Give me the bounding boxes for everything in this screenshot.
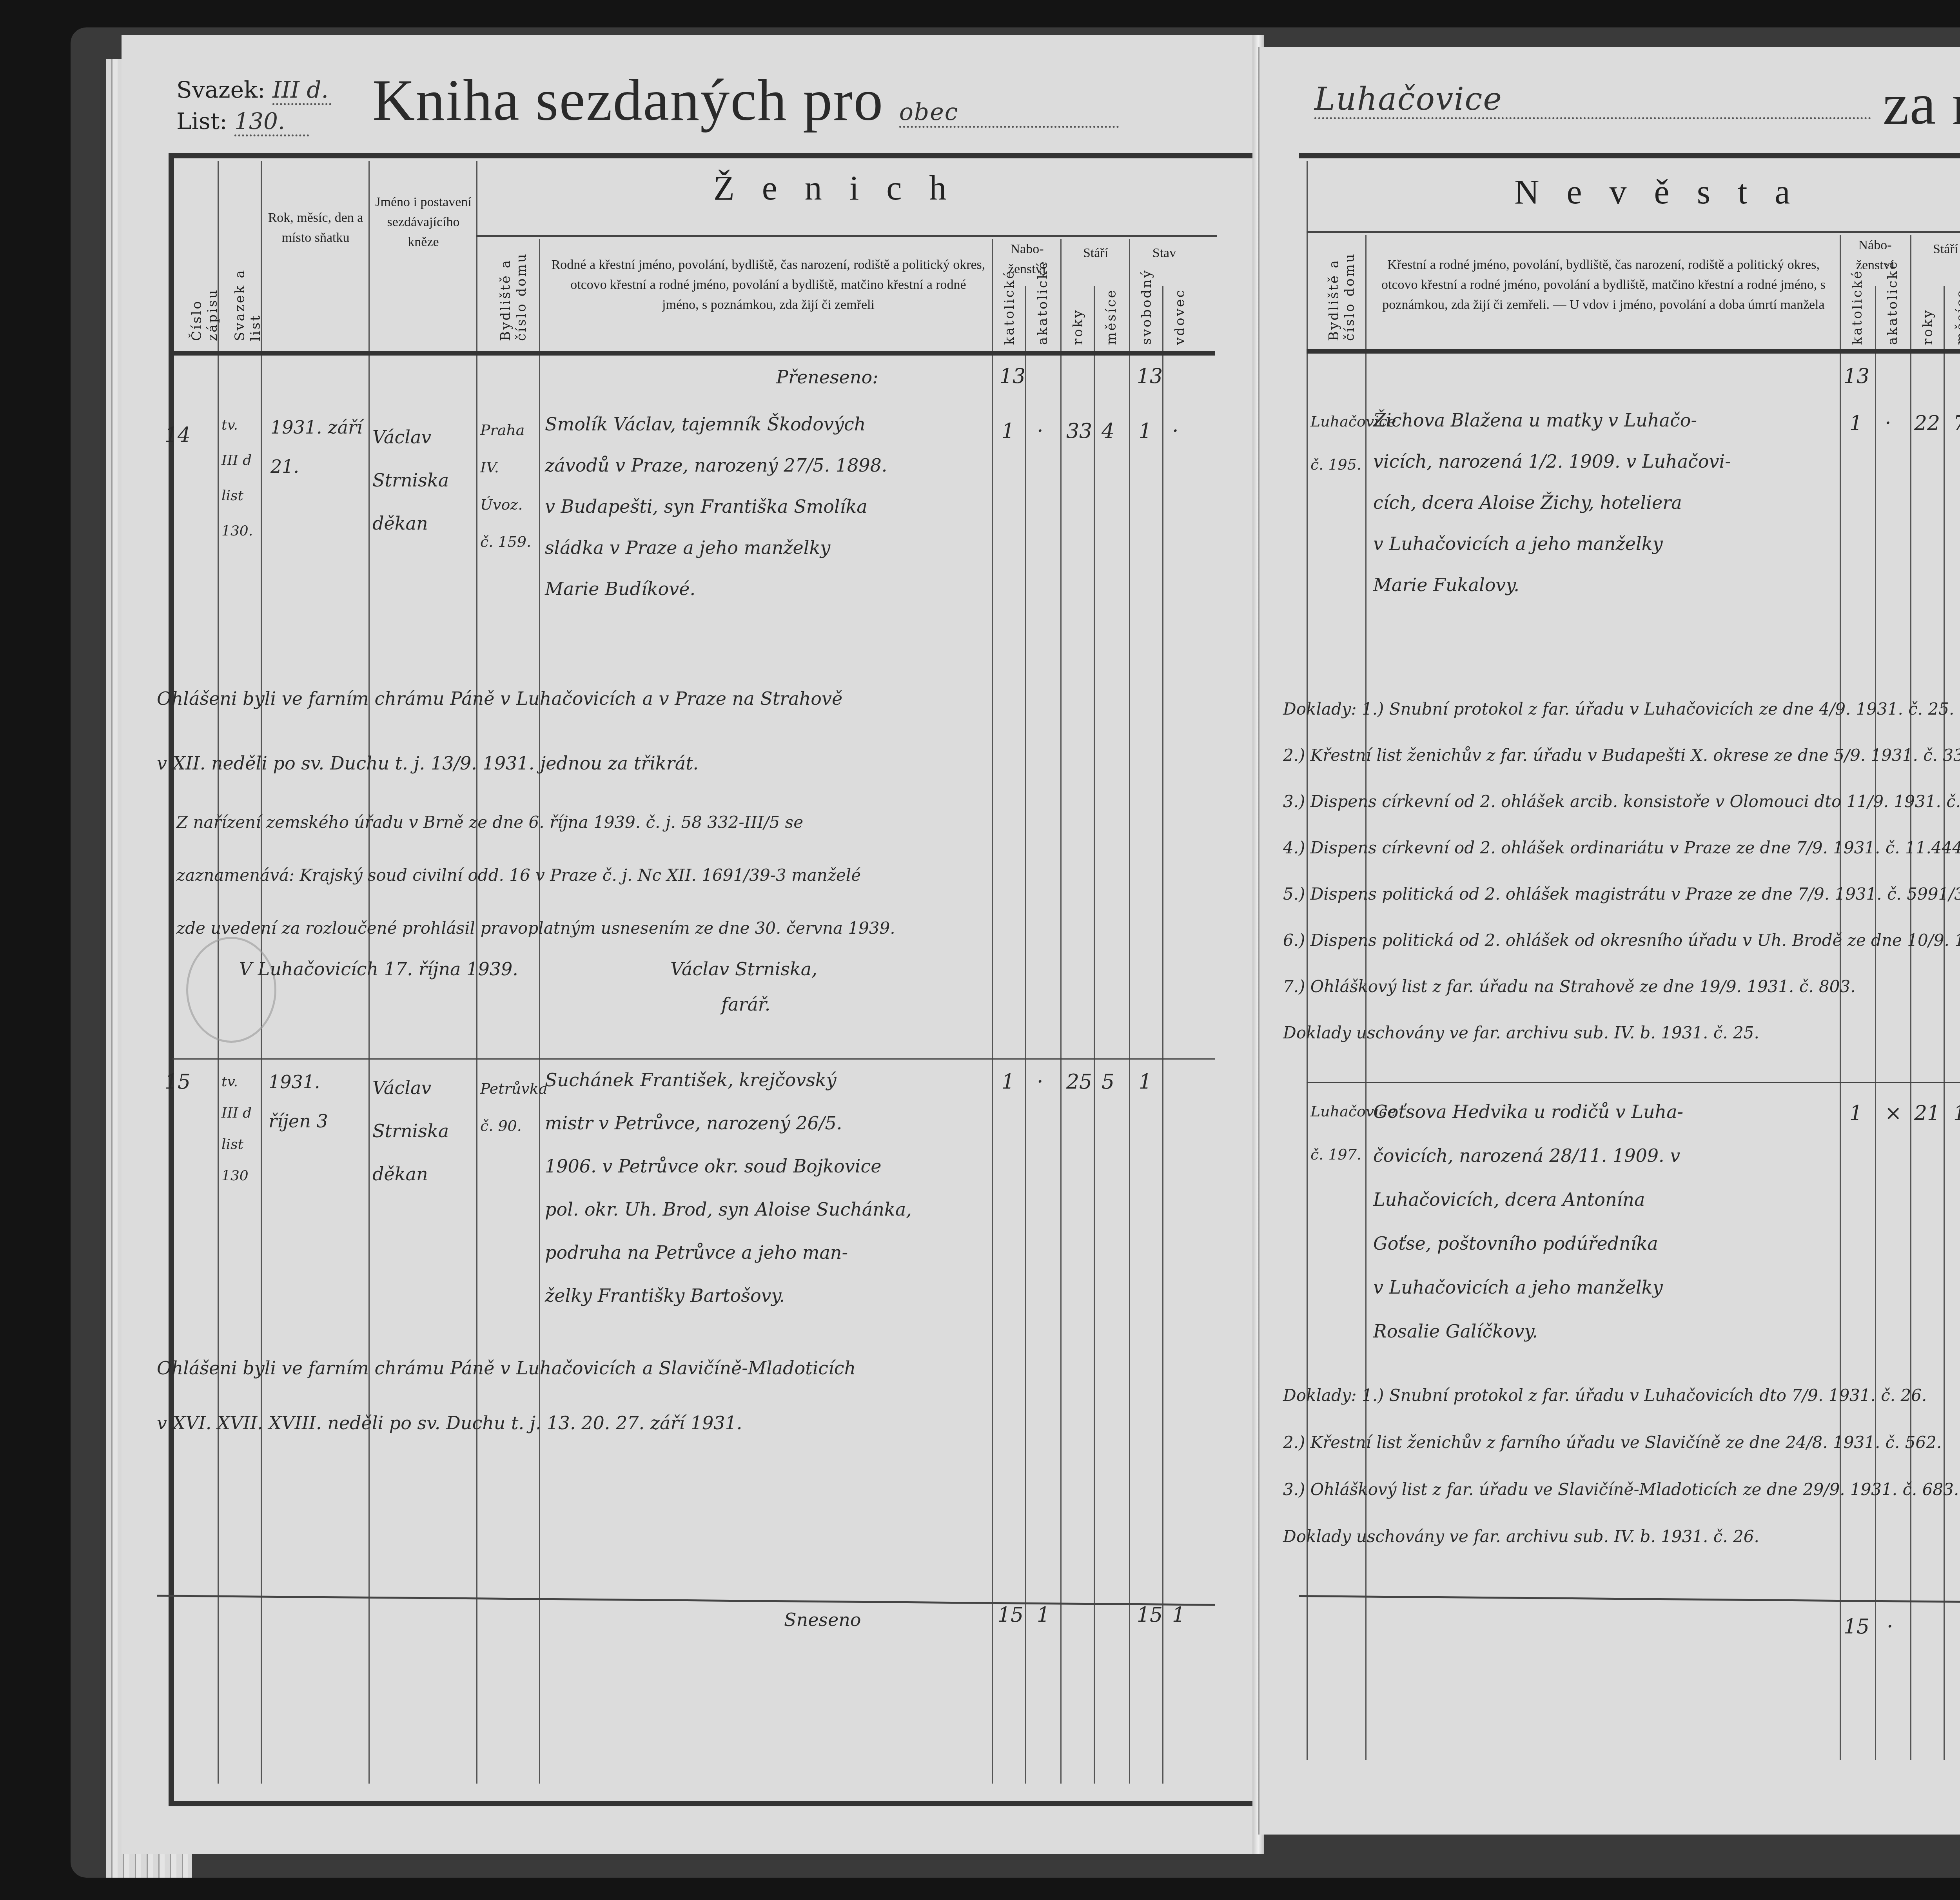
groom-akatolicke: · [1037, 1070, 1044, 1094]
bride-roky: 22 [1914, 412, 1940, 435]
bride-mesice: 11 [1953, 1102, 1960, 1125]
bride-akatolicke: · [1885, 412, 1891, 435]
groom-svobodny: 1 [1139, 419, 1152, 443]
svazek-field: Svazek: III d. [176, 76, 331, 105]
bride-mesice: 7 [1953, 412, 1960, 435]
carried-over-label: Přeneseno: [776, 357, 878, 398]
groom-svobodny: 1 [1139, 1070, 1152, 1094]
groom-mesice: 4 [1102, 419, 1114, 443]
header-bottom-rule [172, 351, 1215, 356]
divorce-annotation: Z nařízení zemského úřadu v Brně ze dne … [176, 796, 895, 955]
documents-list: Doklady: 1.) Snubní protokol z far. úřad… [1283, 1372, 1959, 1560]
groom-description: Suchánek František, krejčovský mistr v P… [545, 1058, 912, 1317]
bride-katolicke: 1 [1849, 1102, 1862, 1125]
col-roky: roky [1920, 310, 1936, 345]
entry-priest: Václav Strniska děkan [372, 416, 474, 545]
col-katolicke: katolické [1002, 290, 1017, 345]
col-stari: Stáří [1062, 243, 1129, 263]
entry-svazek-list: tv. III d list 130. [221, 408, 257, 549]
entry-residence: Petrůvka č. 90. [480, 1070, 537, 1145]
form-title-text: Kniha sezdaných pro [372, 68, 884, 133]
year-title: za rok 1931. [1883, 71, 1960, 138]
groom-katolicke: 1 [1002, 1070, 1014, 1094]
col-akatolicke: akatolické [1035, 290, 1051, 345]
col-stav: Stav [1131, 243, 1198, 263]
col-popis: Rodné a křestní jméno, povolání, bydlišt… [551, 255, 986, 315]
col-line [539, 239, 540, 1784]
col-mesice: měsíce [1953, 302, 1960, 345]
za-rok-text: za rok [1883, 72, 1960, 137]
bride-description: Goťsova Hedvika u rodičů v Luha- čovicíc… [1373, 1090, 1683, 1353]
bride-residence: Luhačovice č. 197. [1310, 1090, 1365, 1176]
nevesta-heading: Nevěsta [1514, 172, 1817, 212]
col-svobodny: svobodný [1139, 290, 1154, 345]
bride-akatolicke: × [1885, 1102, 1902, 1125]
col-line [1129, 239, 1130, 1784]
groom-katolicke: 1 [1002, 419, 1014, 443]
entry-date: 1931. září 21. [270, 408, 365, 486]
carried-forward-vdovec: 1 [1172, 1603, 1185, 1627]
carried-over-katolicke: 13 [1000, 365, 1025, 388]
col-bydliste: Bydliště a číslo domu [1326, 243, 1357, 341]
banns-note: Ohlášeni byli ve farním chrámu Páně v Lu… [157, 1341, 856, 1450]
bride-roky: 21 [1914, 1102, 1940, 1125]
col-line [1094, 286, 1095, 1784]
entry-priest: Václav Strniska děkan [372, 1066, 474, 1196]
bride-description: Žichova Blažena u matky v Luhačo- vicích… [1373, 400, 1731, 606]
subheader-rule [1307, 231, 1960, 233]
col-popis: Křestní a rodné jméno, povolání, bydlišt… [1371, 255, 1836, 315]
documents-list: Doklady: 1.) Snubní protokol z far. úřad… [1283, 686, 1960, 1056]
col-bydliste: Bydliště a číslo domu [498, 251, 529, 341]
entry-separator [1307, 1082, 1960, 1083]
carried-forward-katolicke: 15 [998, 1603, 1024, 1627]
groom-roky: 25 [1066, 1070, 1092, 1094]
col-roky: roky [1070, 310, 1086, 345]
groom-roky: 33 [1066, 419, 1092, 443]
entry-number: 15 [165, 1070, 191, 1094]
bride-residence: Luhačovice č. 195. [1310, 400, 1365, 486]
zenich-heading: Ženich [713, 169, 974, 208]
header-bottom-rule [1307, 349, 1960, 354]
left-page: Svazek: III d. List: 130. Kniha sezdanýc… [122, 35, 1258, 1854]
carried-forward-katolicke: 15 [1844, 1615, 1869, 1639]
groom-akatolicke: · [1037, 419, 1044, 443]
col-line [1025, 286, 1026, 1784]
list-label: List: [176, 108, 227, 134]
entry-residence: Praha IV. Úvoz. č. 159. [480, 412, 537, 561]
col-mesice: měsíce [1103, 302, 1119, 345]
parish-title: Luhačovice [1314, 71, 1871, 120]
carried-forward-svobodny: 15 [1137, 1603, 1163, 1627]
list-field: List: 130. [176, 108, 309, 136]
carried-over-svobodny: 13 [1137, 365, 1163, 388]
col-stari: Stáří [1912, 239, 1960, 259]
entry-number: 14 [165, 423, 191, 447]
groom-mesice: 5 [1102, 1070, 1114, 1094]
bride-katolicke: 1 [1849, 412, 1862, 435]
col-cislo-zapisu: Číslo zápisu [189, 247, 220, 341]
form-title: Kniha sezdaných pro obec [372, 67, 1119, 134]
col-akatolicke: akatolické [1885, 290, 1900, 345]
svazek-label: Svazek: [176, 76, 265, 103]
right-page: Luhačovice za rok 1931. Nevěsta Svědci B… [1258, 47, 1960, 1835]
col-jmeno-knize: Jméno i postavení sezdávajícího kněze [374, 192, 472, 252]
banns-note: Ohlášeni byli ve farním chrámu Páně v Lu… [157, 666, 842, 796]
col-line [1162, 286, 1163, 1784]
groom-description: Smolík Václav, tajemník Škodových závodů… [545, 404, 887, 610]
entry-date: 1931. říjen 3 [269, 1062, 367, 1141]
carried-forward-label: Sneseno [784, 1599, 861, 1640]
col-line [1060, 239, 1062, 1784]
col-katolicke: katolické [1849, 290, 1865, 345]
carried-forward-akatolicke: · [1887, 1615, 1893, 1639]
annotation-role: farář. [721, 984, 770, 1025]
col-vdovec: vdovec [1172, 298, 1188, 345]
col-rok-mesic: Rok, měsíc, den a místo sňatku [267, 208, 365, 248]
groom-vdovec: · [1172, 419, 1179, 443]
col-svazek-list: Svazek a list [232, 247, 263, 341]
entry-svazek-list: tv. III d list 130 [221, 1066, 257, 1192]
obec-value: obec [899, 98, 1119, 128]
annotation-place-date: V Luhačovicích 17. října 1939. [239, 949, 518, 990]
carried-forward-akatolicke: 1 [1037, 1603, 1050, 1627]
col-line [992, 239, 993, 1784]
svazek-value: III d. [272, 76, 331, 105]
subheader-rule [476, 235, 1217, 237]
carried-over-katolicke: 13 [1844, 365, 1869, 388]
list-value: 130. [234, 108, 309, 136]
parish-value: Luhačovice [1314, 81, 1871, 119]
